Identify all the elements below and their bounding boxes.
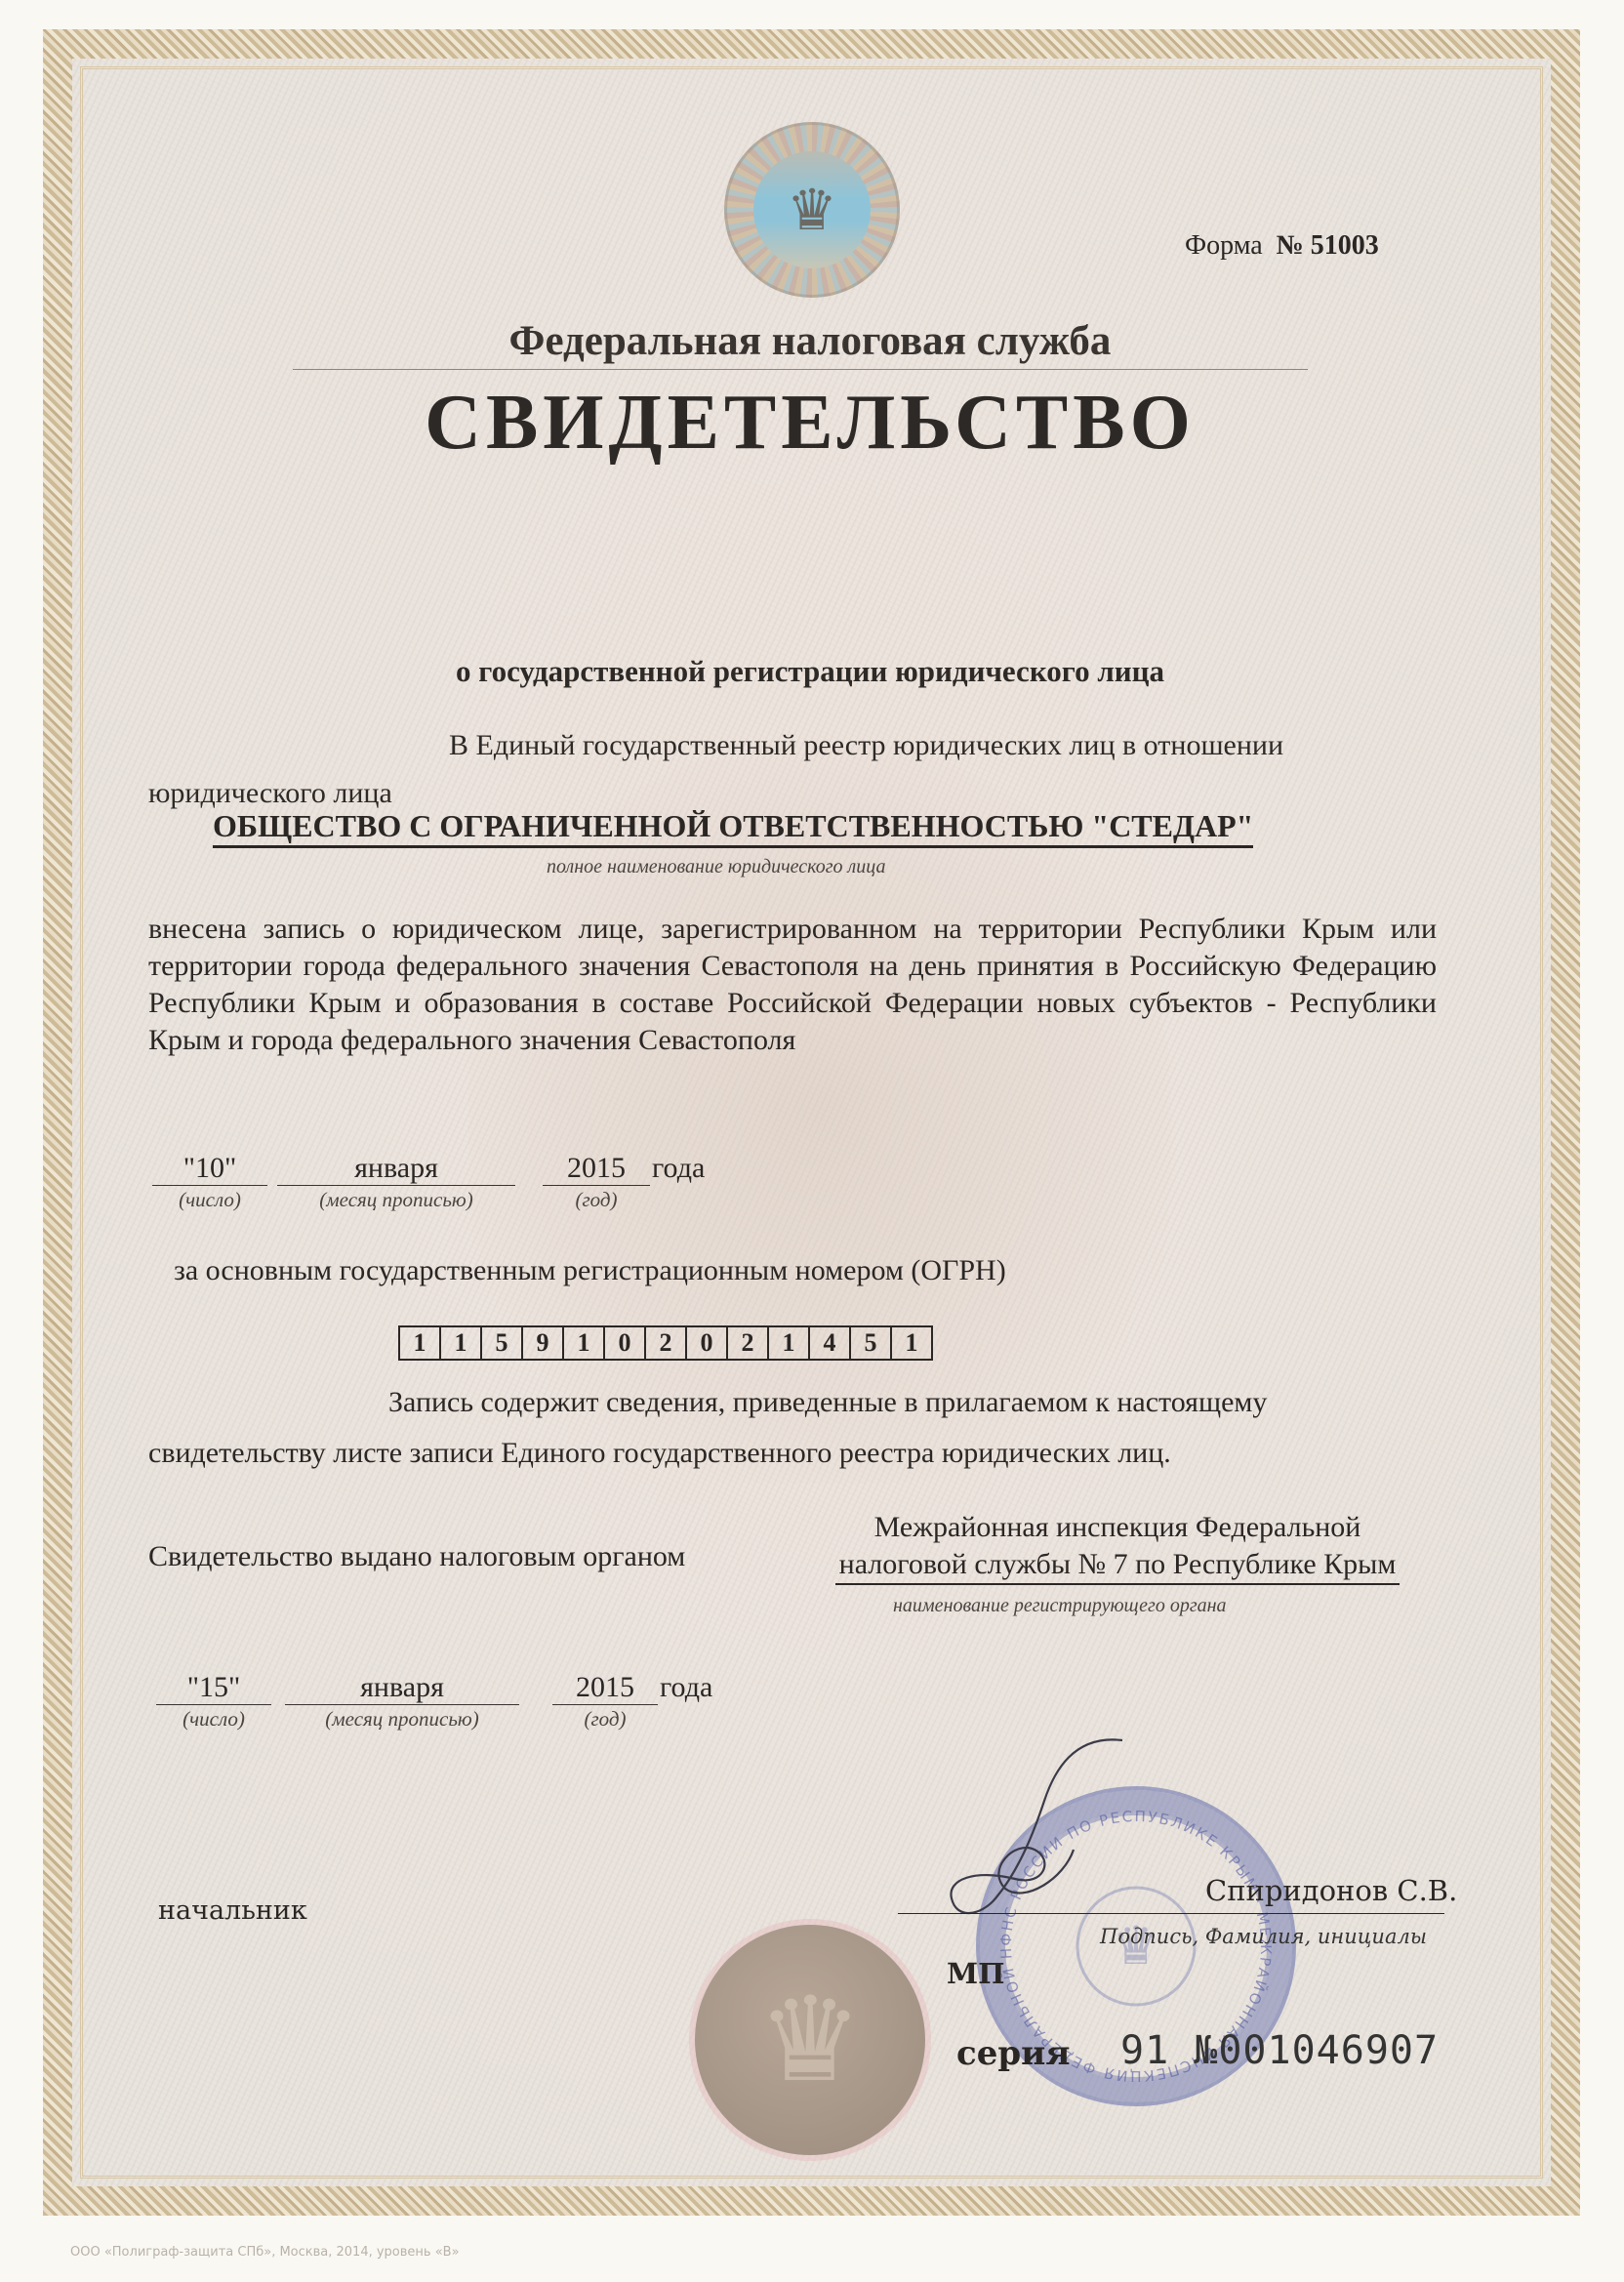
issuing-authority: Межрайонная инспекция Федеральной налого… <box>781 1509 1454 1585</box>
registration-year-caption: (год) <box>543 1188 650 1212</box>
signer-caption: Подпись, Фамилия, инициалы <box>1100 1925 1427 1948</box>
form-number-value: № 51003 <box>1277 230 1379 261</box>
agency-name: Федеральная налоговая служба <box>293 317 1327 365</box>
issue-year: 2015 (год) <box>552 1671 658 1732</box>
form-number: Форма № 51003 <box>1185 230 1379 262</box>
signer-position: начальник <box>158 1895 307 1926</box>
seal-place-label: МП <box>947 1957 1005 1990</box>
issuer-line-1: Межрайонная инспекция Федеральной <box>781 1509 1454 1546</box>
ogrn-digit: 1 <box>564 1327 605 1359</box>
ogrn-digit: 0 <box>687 1327 728 1359</box>
ogrn-digit: 1 <box>769 1327 810 1359</box>
title-divider <box>293 369 1308 370</box>
issue-year-value: 2015 <box>552 1671 658 1705</box>
issue-year-caption: (год) <box>552 1707 658 1732</box>
company-name-caption: полное наименование юридического лица <box>547 856 885 878</box>
registration-month-value: января <box>277 1152 515 1186</box>
issue-month-caption: (месяц прописью) <box>285 1707 519 1732</box>
issue-year-suffix: года <box>660 1671 712 1704</box>
ogrn-digit: 5 <box>482 1327 523 1359</box>
registration-month: января (месяц прописью) <box>277 1152 515 1212</box>
issued-by-label: Свидетельство выдано налоговым органом <box>148 1540 685 1573</box>
issue-month-value: января <box>285 1671 519 1705</box>
registration-day-caption: (число) <box>152 1188 267 1212</box>
ogrn-label: за основным государственным регистрацион… <box>174 1254 1006 1287</box>
ogrn-digit: 2 <box>646 1327 687 1359</box>
signer-name: Спиридонов С.В. <box>1205 1874 1457 1907</box>
series-label: серия <box>956 2034 1070 2073</box>
series-number: 91 №001046907 <box>1120 2028 1439 2073</box>
hologram-emblem-icon: ♛ <box>724 122 900 298</box>
signature-line <box>898 1913 1444 1914</box>
ogrn-digit: 1 <box>892 1327 931 1359</box>
ogrn-digit: 2 <box>728 1327 769 1359</box>
registration-date: "10" (число) января (месяц прописью) 201… <box>0 1152 1624 1230</box>
ogrn-digit: 9 <box>523 1327 564 1359</box>
issuer-caption: наименование регистрирующего органа <box>893 1595 1227 1617</box>
registration-month-caption: (месяц прописью) <box>277 1188 515 1212</box>
intro-line-2: юридического лица <box>148 776 392 811</box>
double-headed-eagle-icon: ♛ <box>753 151 871 268</box>
embossed-eagle-seal-icon: ♛ <box>695 1925 925 2155</box>
issuer-line-2: налоговой службы № 7 по Республике Крым <box>835 1546 1401 1585</box>
issue-day-caption: (число) <box>156 1707 271 1732</box>
registration-day-value: "10" <box>152 1152 267 1186</box>
document-title: СВИДЕТЕЛЬСТВО <box>293 379 1327 468</box>
form-number-label: Форма <box>1185 230 1263 261</box>
registration-year-value: 2015 <box>543 1152 650 1186</box>
registration-year: 2015 (год) <box>543 1152 650 1212</box>
issue-day: "15" (число) <box>156 1671 271 1732</box>
record-text-line-1: Запись содержит сведения, приведенные в … <box>388 1386 1267 1419</box>
signature-icon <box>927 1732 1181 1928</box>
registration-day: "10" (число) <box>152 1152 267 1212</box>
intro-line-1: В Единый государственный реестр юридичес… <box>449 728 1283 763</box>
ogrn-digit: 0 <box>605 1327 646 1359</box>
ogrn-digit: 5 <box>851 1327 892 1359</box>
ogrn-number: 1159102021451 <box>398 1325 933 1361</box>
issue-date: "15" (число) января (месяц прописью) 201… <box>0 1671 1624 1749</box>
company-name: ОБЩЕСТВО С ОГРАНИЧЕННОЙ ОТВЕТСТВЕННОСТЬЮ… <box>213 808 1253 848</box>
printer-note: ООО «Полиграф-защита СПб», Москва, 2014,… <box>70 2245 460 2260</box>
document-subtitle: о государственной регистрации юридическо… <box>293 654 1327 689</box>
record-text-line-2: свидетельству листе записи Единого госуд… <box>148 1437 1171 1470</box>
issue-month: января (месяц прописью) <box>285 1671 519 1732</box>
ogrn-digit: 1 <box>400 1327 441 1359</box>
registration-year-suffix: года <box>652 1152 705 1185</box>
ogrn-digit: 1 <box>441 1327 482 1359</box>
issue-day-value: "15" <box>156 1671 271 1705</box>
entry-text: внесена запись о юридическом лице, зарег… <box>148 911 1437 1059</box>
ogrn-digit: 4 <box>810 1327 851 1359</box>
eagle-watermark <box>468 742 1171 1484</box>
